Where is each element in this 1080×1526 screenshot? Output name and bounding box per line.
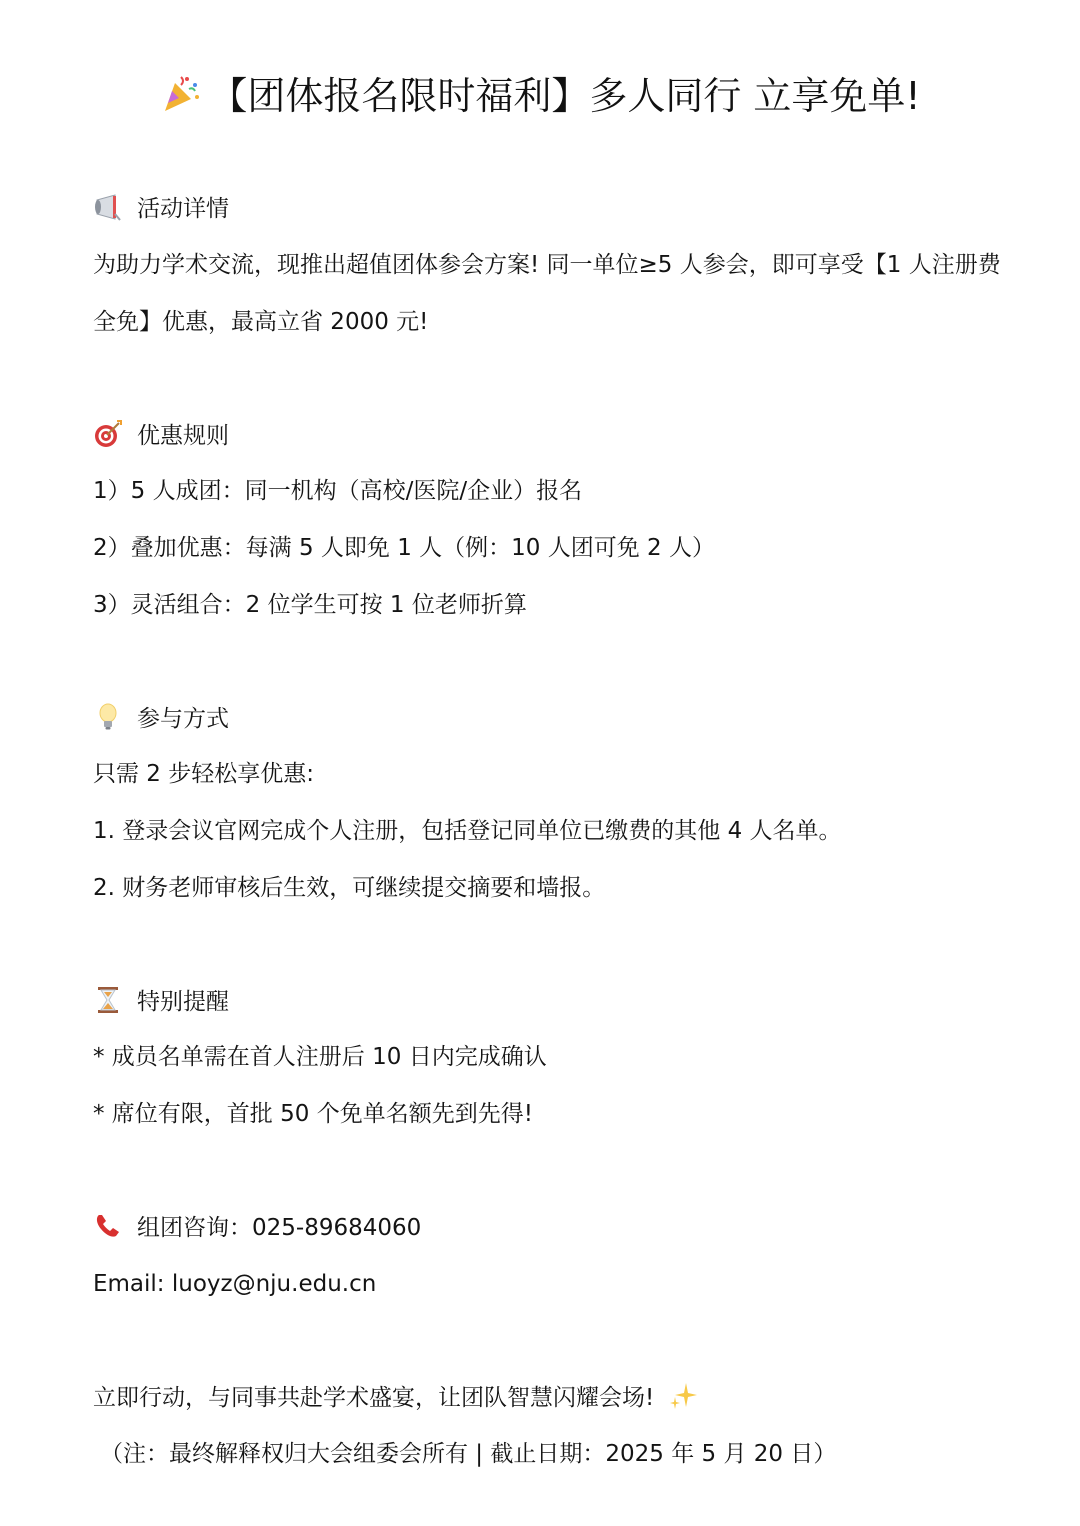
page-title: 【团体报名限时福利】多人同行 立享免单! [0,68,1080,124]
heading-text: 参与方式 [137,706,229,732]
reminder-item: * 席位有限，首批 50 个免单名额先到先得! [93,1098,533,1130]
footnote: （注：最终解释权归大会组委会所有 | 截止日期：2025 年 5 月 20 日） [100,1438,836,1470]
rule-item: 2）叠加优惠：每满 5 人即免 1 人（例：10 人团可免 2 人） [93,532,715,564]
details-body: 为助力学术交流，现推出超值团体参会方案! 同一单位≥5 人参会，即可享受【1 人… [93,237,1013,351]
heading-text: 活动详情 [137,196,229,222]
target-icon [93,419,123,449]
phone-text: 组团咨询：025-89684060 [137,1215,421,1241]
section-heading-participation: 参与方式 [93,702,229,735]
call-to-action: 立即行动，与同事共赴学术盛宴，让团队智慧闪耀会场! [93,1381,698,1414]
participation-intro: 只需 2 步轻松享优惠: [93,758,314,790]
cta-text: 立即行动，与同事共赴学术盛宴，让团队智慧闪耀会场! [93,1385,654,1411]
lightbulb-icon [93,702,123,732]
participation-step: 1. 登录会议官网完成个人注册，包括登记同单位已缴费的其他 4 人名单。 [93,815,842,847]
sparkles-icon [668,1381,698,1411]
contact-email: Email: luoyz@nju.edu.cn [93,1268,376,1300]
party-popper-icon [159,71,203,115]
title-text: 【团体报名限时福利】多人同行 立享免单! [209,74,920,118]
telephone-icon [93,1211,123,1241]
section-heading-details: 活动详情 [93,192,229,225]
rule-item: 3）灵活组合：2 位学生可按 1 位老师折算 [93,589,527,621]
participation-step: 2. 财务老师审核后生效，可继续提交摘要和墙报。 [93,872,605,904]
rule-item: 1）5 人成团：同一机构（高校/医院/企业）报名 [93,475,582,507]
section-heading-reminder: 特别提醒 [93,985,229,1018]
heading-text: 优惠规则 [137,423,229,449]
heading-text: 特别提醒 [137,989,229,1015]
megaphone-icon [93,192,123,222]
contact-phone: 组团咨询：025-89684060 [93,1211,421,1244]
section-heading-rules: 优惠规则 [93,419,229,452]
reminder-item: * 成员名单需在首人注册后 10 日内完成确认 [93,1041,547,1073]
hourglass-icon [93,985,123,1015]
